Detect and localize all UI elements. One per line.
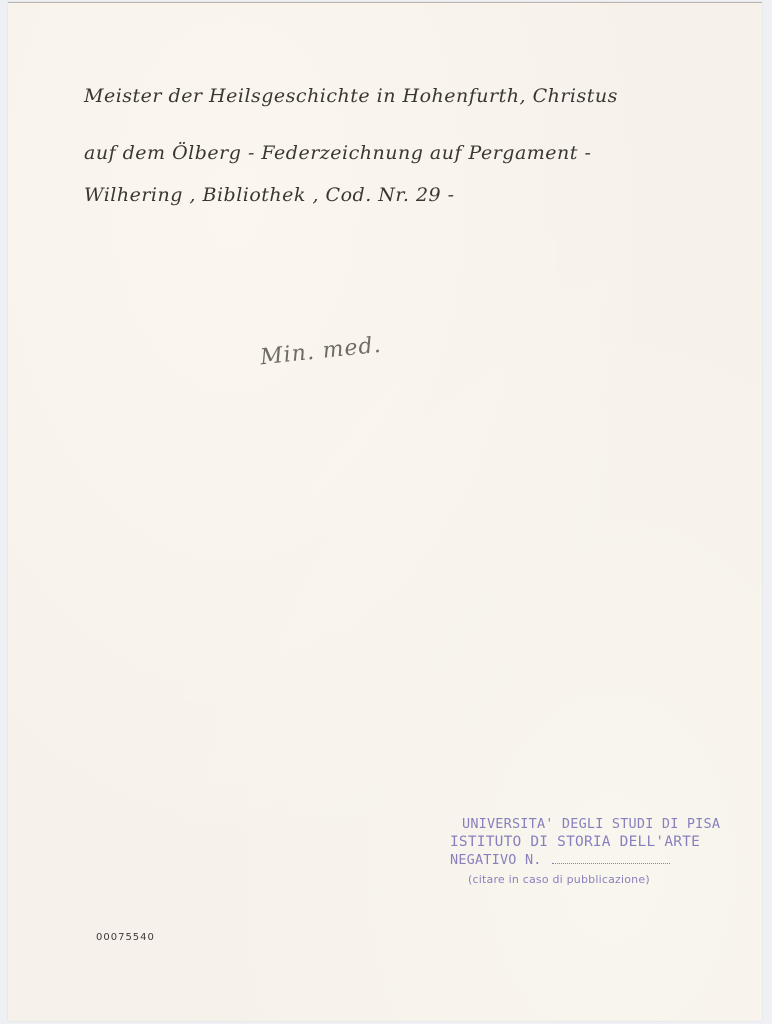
stamp-negative-label: NEGATIVO N.	[450, 851, 542, 869]
stamp-citation-note: (citare in caso di pubblicazione)	[448, 871, 688, 889]
institution-stamp: UNIVERSITA' DEGLI STUDI DI PISA ISTITUTO…	[448, 815, 688, 889]
stamp-university: UNIVERSITA' DEGLI STUDI DI PISA	[448, 815, 688, 833]
serial-number: 00075540	[96, 932, 155, 943]
caption-line-2: auf dem Ölberg - Federzeichnung auf Perg…	[84, 142, 591, 164]
pencil-note: Min. med.	[259, 333, 383, 371]
stamp-institute: ISTITUTO DI STORIA DELL'ARTE	[448, 833, 688, 851]
caption-line-3: Wilhering , Bibliothek , Cod. Nr. 29 -	[84, 184, 455, 206]
photo-verso-paper: Meister der Heilsgeschichte in Hohenfurt…	[8, 2, 762, 1021]
stamp-negative-row: NEGATIVO N.	[448, 851, 688, 869]
caption-line-1: Meister der Heilsgeschichte in Hohenfurt…	[84, 85, 618, 107]
stamp-negative-number-blank	[552, 853, 670, 864]
